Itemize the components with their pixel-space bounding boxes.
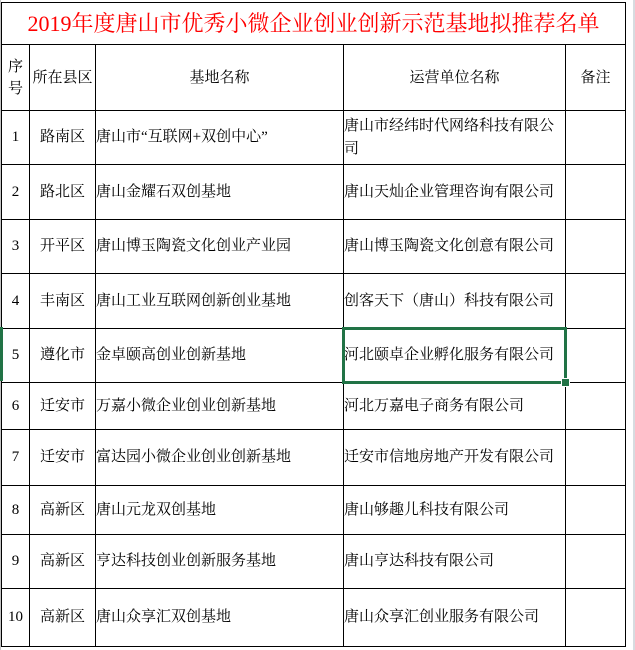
district-cell[interactable]: 高新区 bbox=[30, 486, 96, 535]
operator-name-cell-text: 唐山亨达科技有限公司 bbox=[344, 553, 494, 569]
district-cell-text: 高新区 bbox=[40, 502, 85, 518]
operator-name-cell-text: 河北颐卓企业孵化服务有限公司 bbox=[344, 347, 554, 363]
row-number-cell-text: 9 bbox=[12, 553, 20, 569]
base-name-cell[interactable]: 唐山众享汇双创基地 bbox=[96, 589, 344, 647]
base-name-cell[interactable]: 唐山金耀石双创基地 bbox=[96, 165, 344, 220]
district-cell[interactable]: 高新区 bbox=[30, 589, 96, 647]
row-number-cell-text: 2 bbox=[12, 184, 20, 200]
table-title[interactable]: 2019年度唐山市优秀小微企业创业创新示范基地拟推荐名单 bbox=[2, 3, 626, 45]
remark-cell[interactable] bbox=[566, 486, 626, 535]
operator-name-cell-text: 河北万嘉电子商务有限公司 bbox=[344, 398, 524, 414]
base-name-cell[interactable]: 唐山博玉陶瓷文化创业产业园 bbox=[96, 220, 344, 274]
district-cell-text: 高新区 bbox=[40, 553, 85, 569]
spreadsheet-view: 2019年度唐山市优秀小微企业创业创新示范基地拟推荐名单 序号 所在县区 基地名… bbox=[0, 0, 635, 650]
district-cell[interactable]: 路北区 bbox=[30, 165, 96, 220]
table-row: 8高新区唐山元龙双创基地唐山够趣儿科技有限公司 bbox=[2, 486, 626, 535]
remark-cell[interactable] bbox=[566, 383, 626, 430]
base-name-cell-text: 万嘉小微企业创业创新基地 bbox=[96, 398, 276, 414]
row-number-cell[interactable]: 2 bbox=[2, 165, 30, 220]
remark-cell[interactable] bbox=[566, 165, 626, 220]
operator-name-cell[interactable]: 唐山众享汇创业服务有限公司 bbox=[344, 589, 566, 647]
operator-name-cell[interactable]: 河北万嘉电子商务有限公司 bbox=[344, 383, 566, 430]
table-row: 1路南区唐山市“互联网+双创中心”唐山市经纬时代网络科技有限公司 bbox=[2, 111, 626, 165]
remark-cell[interactable] bbox=[566, 589, 626, 647]
table-row: 3开平区唐山博玉陶瓷文化创业产业园唐山博玉陶瓷文化创意有限公司 bbox=[2, 220, 626, 274]
district-cell-text: 开平区 bbox=[40, 238, 85, 254]
table-row: 9高新区亨达科技创业创新服务基地唐山亨达科技有限公司 bbox=[2, 535, 626, 589]
table-row: 4丰南区唐山工业互联网创新创业基地创客天下（唐山）科技有限公司 bbox=[2, 274, 626, 329]
district-cell[interactable]: 高新区 bbox=[30, 535, 96, 589]
operator-name-cell[interactable]: 创客天下（唐山）科技有限公司 bbox=[344, 274, 566, 329]
title-row: 2019年度唐山市优秀小微企业创业创新示范基地拟推荐名单 bbox=[2, 3, 626, 45]
district-cell-text: 迁安市 bbox=[40, 398, 85, 414]
row-number-cell-text: 5 bbox=[12, 347, 20, 363]
base-name-cell[interactable]: 万嘉小微企业创业创新基地 bbox=[96, 383, 344, 430]
base-name-cell-text: 亨达科技创业创新服务基地 bbox=[96, 553, 276, 569]
base-name-cell[interactable]: 唐山元龙双创基地 bbox=[96, 486, 344, 535]
selected-row-accent bbox=[0, 327, 3, 381]
operator-name-cell[interactable]: 迁安市信地房地产开发有限公司 bbox=[344, 430, 566, 486]
table-row: 10高新区唐山众享汇双创基地唐山众享汇创业服务有限公司 bbox=[2, 589, 626, 647]
operator-name-cell[interactable]: 唐山博玉陶瓷文化创意有限公司 bbox=[344, 220, 566, 274]
recommendation-table: 2019年度唐山市优秀小微企业创业创新示范基地拟推荐名单 序号 所在县区 基地名… bbox=[1, 2, 626, 647]
remark-cell[interactable] bbox=[566, 274, 626, 329]
operator-name-cell[interactable]: 河北颐卓企业孵化服务有限公司 bbox=[344, 329, 566, 383]
row-number-cell[interactable]: 8 bbox=[2, 486, 30, 535]
base-name-cell-text: 唐山金耀石双创基地 bbox=[96, 184, 231, 200]
operator-name-cell-text: 创客天下（唐山）科技有限公司 bbox=[344, 293, 554, 309]
row-number-cell[interactable]: 7 bbox=[2, 430, 30, 486]
row-number-cell-text: 1 bbox=[12, 129, 20, 145]
base-name-cell[interactable]: 亨达科技创业创新服务基地 bbox=[96, 535, 344, 589]
operator-name-cell-text: 唐山市经纬时代网络科技有限公司 bbox=[344, 118, 554, 157]
row-number-cell-text: 8 bbox=[12, 502, 20, 518]
base-name-cell-text: 唐山众享汇双创基地 bbox=[96, 609, 231, 625]
operator-name-cell-text: 唐山天灿企业管理咨询有限公司 bbox=[344, 184, 554, 200]
table-row: 6迁安市万嘉小微企业创业创新基地河北万嘉电子商务有限公司 bbox=[2, 383, 626, 430]
row-number-cell-text: 4 bbox=[12, 293, 20, 309]
district-cell-text: 迁安市 bbox=[40, 449, 85, 465]
column-header-label: 运营单位名称 bbox=[409, 70, 499, 86]
base-name-cell-text: 唐山工业互联网创新创业基地 bbox=[96, 293, 291, 309]
district-cell-text: 遵化市 bbox=[40, 347, 85, 363]
district-cell[interactable]: 开平区 bbox=[30, 220, 96, 274]
table-row: 5遵化市金卓颐高创业创新基地河北颐卓企业孵化服务有限公司 bbox=[2, 329, 626, 383]
base-name-cell[interactable]: 唐山市“互联网+双创中心” bbox=[96, 111, 344, 165]
operator-name-cell[interactable]: 唐山天灿企业管理咨询有限公司 bbox=[344, 165, 566, 220]
column-header-label: 序号 bbox=[8, 59, 23, 97]
row-number-cell[interactable]: 9 bbox=[2, 535, 30, 589]
row-number-cell-text: 7 bbox=[12, 449, 20, 465]
base-name-cell[interactable]: 金卓颐高创业创新基地 bbox=[96, 329, 344, 383]
base-name-cell[interactable]: 富达园小微企业创业创新基地 bbox=[96, 430, 344, 486]
operator-name-cell-text: 唐山博玉陶瓷文化创意有限公司 bbox=[344, 238, 554, 254]
row-number-cell[interactable]: 3 bbox=[2, 220, 30, 274]
base-name-cell[interactable]: 唐山工业互联网创新创业基地 bbox=[96, 274, 344, 329]
row-number-cell[interactable]: 5 bbox=[2, 329, 30, 383]
base-name-cell-text: 唐山市“互联网+双创中心” bbox=[96, 129, 268, 145]
district-cell[interactable]: 迁安市 bbox=[30, 383, 96, 430]
district-cell-text: 丰南区 bbox=[40, 293, 85, 309]
column-header-no[interactable]: 序号 bbox=[2, 45, 30, 111]
base-name-cell-text: 富达园小微企业创业创新基地 bbox=[96, 449, 291, 465]
operator-name-cell[interactable]: 唐山够趣儿科技有限公司 bbox=[344, 486, 566, 535]
remark-cell[interactable] bbox=[566, 329, 626, 383]
row-number-cell[interactable]: 10 bbox=[2, 589, 30, 647]
remark-cell[interactable] bbox=[566, 535, 626, 589]
district-cell[interactable]: 路南区 bbox=[30, 111, 96, 165]
column-header-base[interactable]: 基地名称 bbox=[96, 45, 344, 111]
table-title-text: 2019年度唐山市优秀小微企业创业创新示范基地拟推荐名单 bbox=[28, 11, 600, 36]
operator-name-cell[interactable]: 唐山市经纬时代网络科技有限公司 bbox=[344, 111, 566, 165]
base-name-cell-text: 唐山元龙双创基地 bbox=[96, 502, 216, 518]
district-cell[interactable]: 遵化市 bbox=[30, 329, 96, 383]
row-number-cell[interactable]: 6 bbox=[2, 383, 30, 430]
column-header-operator[interactable]: 运营单位名称 bbox=[344, 45, 566, 111]
remark-cell[interactable] bbox=[566, 220, 626, 274]
header-row: 序号 所在县区 基地名称 运营单位名称 备注 bbox=[2, 45, 626, 111]
remark-cell[interactable] bbox=[566, 111, 626, 165]
district-cell-text: 高新区 bbox=[40, 609, 85, 625]
cell-fill-handle[interactable] bbox=[561, 378, 570, 387]
row-number-cell-text: 10 bbox=[8, 609, 23, 625]
column-header-district[interactable]: 所在县区 bbox=[30, 45, 96, 111]
district-cell[interactable]: 迁安市 bbox=[30, 430, 96, 486]
table-row: 7迁安市富达园小微企业创业创新基地迁安市信地房地产开发有限公司 bbox=[2, 430, 626, 486]
operator-name-cell-text: 唐山够趣儿科技有限公司 bbox=[344, 502, 509, 518]
column-header-remark[interactable]: 备注 bbox=[566, 45, 626, 111]
operator-name-cell[interactable]: 唐山亨达科技有限公司 bbox=[344, 535, 566, 589]
column-header-label: 备注 bbox=[581, 70, 611, 86]
district-cell-text: 路北区 bbox=[40, 184, 85, 200]
table-row: 2路北区唐山金耀石双创基地唐山天灿企业管理咨询有限公司 bbox=[2, 165, 626, 220]
district-cell[interactable]: 丰南区 bbox=[30, 274, 96, 329]
base-name-cell-text: 金卓颐高创业创新基地 bbox=[96, 347, 246, 363]
district-cell-text: 路南区 bbox=[40, 129, 85, 145]
remark-cell[interactable] bbox=[566, 430, 626, 486]
operator-name-cell-text: 迁安市信地房地产开发有限公司 bbox=[344, 449, 554, 465]
row-number-cell[interactable]: 4 bbox=[2, 274, 30, 329]
row-number-cell-text: 3 bbox=[12, 238, 20, 254]
row-number-cell[interactable]: 1 bbox=[2, 111, 30, 165]
column-header-label: 所在县区 bbox=[32, 70, 92, 86]
operator-name-cell-text: 唐山众享汇创业服务有限公司 bbox=[344, 609, 539, 625]
base-name-cell-text: 唐山博玉陶瓷文化创业产业园 bbox=[96, 238, 291, 254]
row-number-cell-text: 6 bbox=[12, 398, 20, 414]
column-header-label: 基地名称 bbox=[189, 70, 249, 86]
